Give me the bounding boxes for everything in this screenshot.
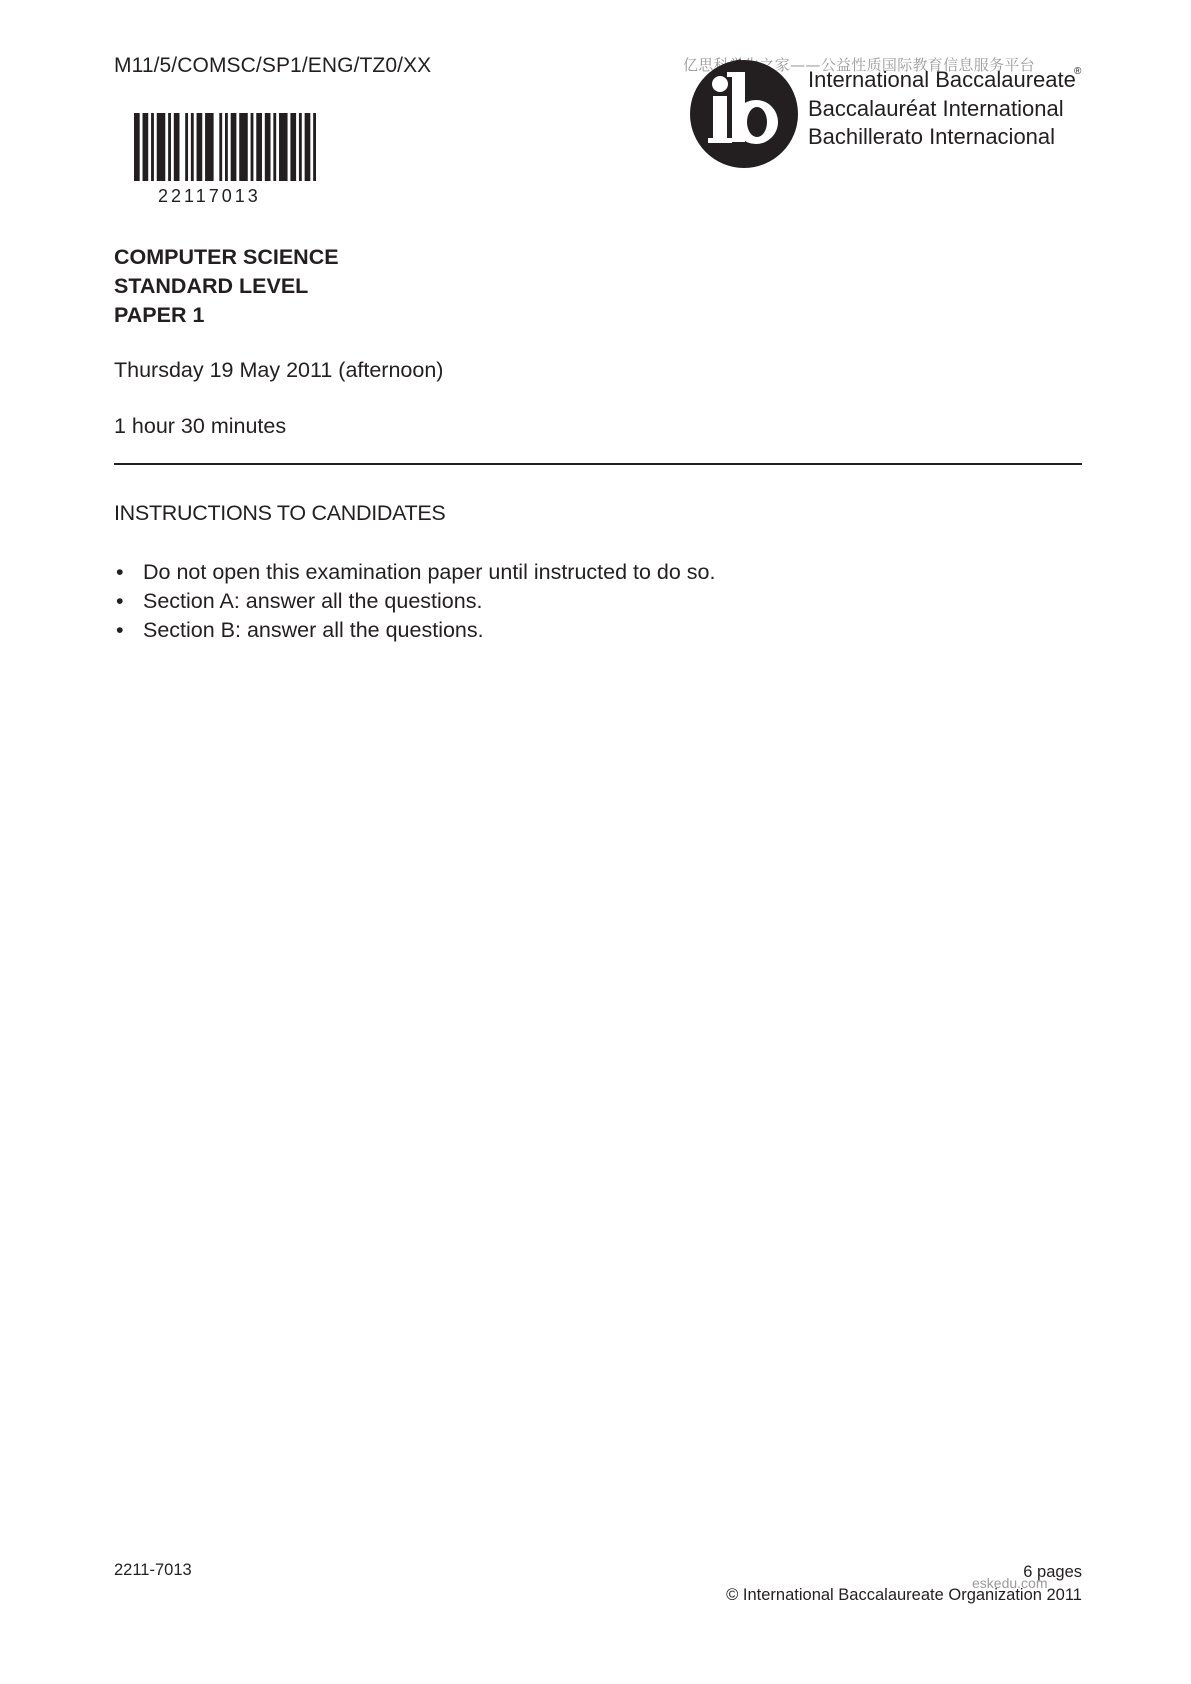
bullet-icon: • bbox=[116, 587, 124, 616]
exam-date: Thursday 19 May 2011 (afternoon) bbox=[114, 358, 443, 383]
instruction-item: • Section A: answer all the questions. bbox=[114, 587, 716, 616]
ib-name-french: Baccalauréat International bbox=[808, 95, 1076, 124]
registered-mark: ® bbox=[1074, 66, 1081, 77]
ib-name-spanish: Bachillerato Internacional bbox=[808, 123, 1076, 152]
instruction-text: Section A: answer all the questions. bbox=[143, 589, 482, 613]
instructions-list: • Do not open this examination paper unt… bbox=[114, 558, 716, 645]
exam-duration: 1 hour 30 minutes bbox=[114, 414, 286, 439]
instruction-text: Section B: answer all the questions. bbox=[143, 618, 484, 642]
barcode-number: 22117013 bbox=[158, 186, 261, 207]
subject-name: COMPUTER SCIENCE bbox=[114, 243, 339, 272]
instruction-item: • Section B: answer all the questions. bbox=[114, 616, 716, 645]
paper-code: M11/5/COMSC/SP1/ENG/TZ0/XX bbox=[114, 54, 431, 78]
subject-title: COMPUTER SCIENCE STANDARD LEVEL PAPER 1 bbox=[114, 243, 339, 330]
bullet-icon: • bbox=[116, 616, 124, 645]
footer-code: 2211-7013 bbox=[114, 1561, 192, 1580]
instructions-title: INSTRUCTIONS TO CANDIDATES bbox=[114, 501, 445, 526]
subject-level: STANDARD LEVEL bbox=[114, 272, 339, 301]
watermark-footer: eskedu.com bbox=[972, 1575, 1047, 1591]
ib-name-english: International Baccalaureate bbox=[808, 66, 1076, 95]
instruction-text: Do not open this examination paper until… bbox=[143, 560, 716, 584]
barcode-icon bbox=[134, 113, 316, 181]
ib-organization-names: International Baccalaureate Baccalauréat… bbox=[808, 66, 1076, 152]
paper-number: PAPER 1 bbox=[114, 301, 339, 330]
divider bbox=[114, 463, 1082, 465]
ib-logo-icon bbox=[686, 56, 798, 168]
instruction-item: • Do not open this examination paper unt… bbox=[114, 558, 716, 587]
bullet-icon: • bbox=[116, 558, 124, 587]
